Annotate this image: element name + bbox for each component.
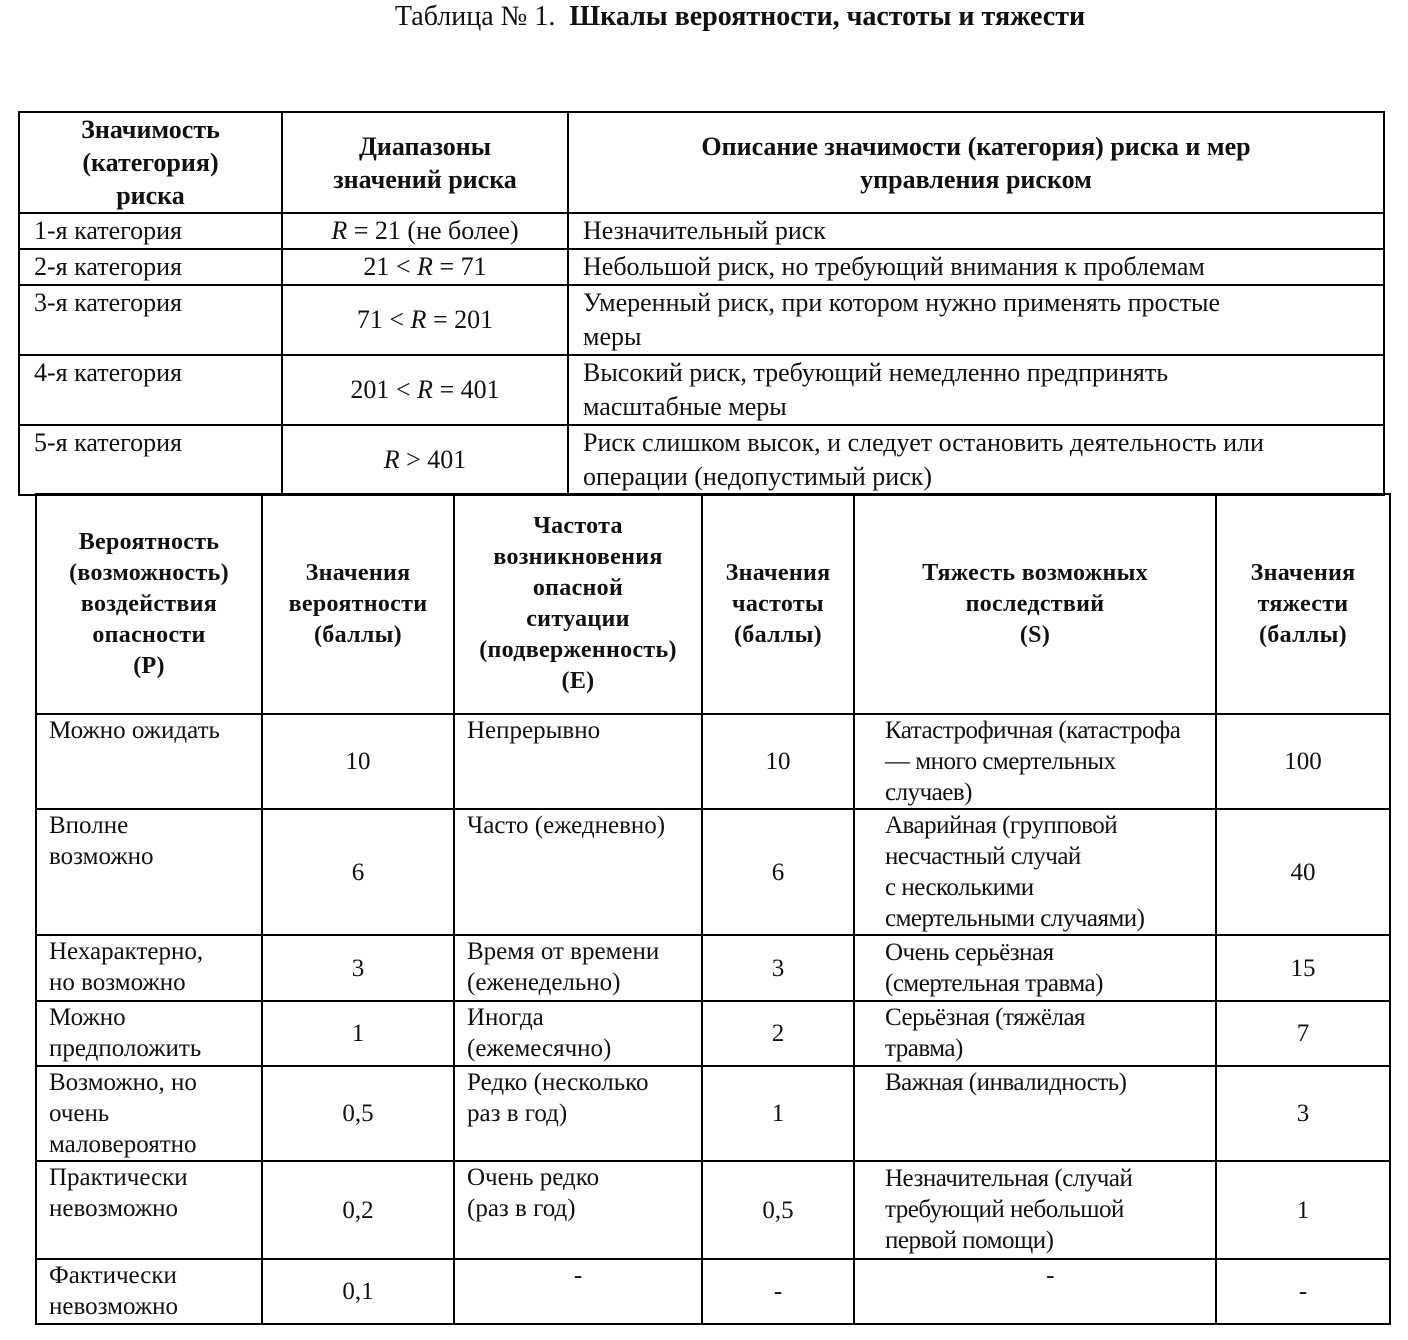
frequency-cell: - xyxy=(454,1259,702,1324)
header-probability: Вероятность (возможность) воздействия оп… xyxy=(36,494,262,714)
range-prefix: 201 < xyxy=(350,375,417,404)
description-cell: Высокий риск, требующий немедленно предп… xyxy=(568,355,1384,425)
header-description: Описание значимости (категория) риска и … xyxy=(568,112,1384,213)
category-cell: 4-я категория xyxy=(19,355,282,425)
category-cell: 3-я категория xyxy=(19,285,282,355)
frequency-value-cell: 10 xyxy=(702,714,854,809)
table-row: Возможно, но очень маловероятно0,5Редко … xyxy=(36,1066,1390,1161)
probability-value-cell: 1 xyxy=(262,1001,454,1066)
severity-cell: Незначительная (случай требующий небольш… xyxy=(854,1161,1216,1259)
probability-cell: Нехарактерно, но возможно xyxy=(36,935,262,1001)
probability-value-cell: 0,1 xyxy=(262,1259,454,1324)
severity-value-cell: 7 xyxy=(1216,1001,1390,1066)
table-row: Вполне возможно6Часто (ежедневно)6Аварий… xyxy=(36,809,1390,935)
caption-number: Таблица № 1. xyxy=(395,1,555,32)
header-frequency-value: Значения частоты (баллы) xyxy=(702,494,854,714)
header-severity-value: Значения тяжести (баллы) xyxy=(1216,494,1390,714)
frequency-value-cell: 1 xyxy=(702,1066,854,1161)
description-cell: Незначительный риск xyxy=(568,213,1384,249)
probability-value-cell: 0,5 xyxy=(262,1066,454,1161)
severity-value-cell: 3 xyxy=(1216,1066,1390,1161)
range-suffix: = 21 (не более) xyxy=(347,216,518,245)
range-variable: R xyxy=(411,305,427,334)
range-prefix: 21 < xyxy=(363,252,417,281)
range-variable: R xyxy=(331,216,347,245)
probability-cell: Можно предположить xyxy=(36,1001,262,1066)
severity-value-cell: 100 xyxy=(1216,714,1390,809)
range-variable: R xyxy=(417,252,433,281)
range-suffix: = 71 xyxy=(433,252,487,281)
probability-value-cell: 0,2 xyxy=(262,1161,454,1259)
severity-value-cell: 15 xyxy=(1216,935,1390,1001)
risk-category-table: Значимость (категория) риска Диапазоны з… xyxy=(18,111,1385,496)
table-header-row: Значимость (категория) риска Диапазоны з… xyxy=(19,112,1384,213)
probability-cell: Возможно, но очень маловероятно xyxy=(36,1066,262,1161)
frequency-cell: Очень редко (раз в год) xyxy=(454,1161,702,1259)
frequency-cell: Иногда (ежемесячно) xyxy=(454,1001,702,1066)
category-cell: 1-я категория xyxy=(19,213,282,249)
table-row: Практически невозможно0,2Очень редко (ра… xyxy=(36,1161,1390,1259)
header-range: Диапазоны значений риска xyxy=(282,112,568,213)
severity-cell: Серьёзная (тяжёлая травма) xyxy=(854,1001,1216,1066)
range-cell: 201 < R = 401 xyxy=(282,355,568,425)
description-cell: Риск слишком высок, и следует остановить… xyxy=(568,425,1384,495)
frequency-cell: Время от времени (еженедельно) xyxy=(454,935,702,1001)
severity-value-cell: 1 xyxy=(1216,1161,1390,1259)
range-suffix: = 201 xyxy=(426,305,493,334)
severity-value-cell: - xyxy=(1216,1259,1390,1324)
frequency-value-cell: 0,5 xyxy=(702,1161,854,1259)
header-severity: Тяжесть возможных последствий (S) xyxy=(854,494,1216,714)
severity-cell: Очень серьёзная (смертельная травма) xyxy=(854,935,1216,1001)
table-row: 1-я категорияR = 21 (не более)Незначител… xyxy=(19,213,1384,249)
range-suffix: = 401 xyxy=(433,375,500,404)
description-cell: Небольшой риск, но требующий внимания к … xyxy=(568,249,1384,285)
table-row: 2-я категория21 < R = 71Небольшой риск, … xyxy=(19,249,1384,285)
category-cell: 2-я категория xyxy=(19,249,282,285)
range-prefix: 71 < xyxy=(357,305,411,334)
severity-value-cell: 40 xyxy=(1216,809,1390,935)
frequency-value-cell: 6 xyxy=(702,809,854,935)
severity-cell: Важная (инвалидность) xyxy=(854,1066,1216,1161)
category-cell: 5-я категория xyxy=(19,425,282,495)
scales-table: Вероятность (возможность) воздействия оп… xyxy=(35,493,1391,1325)
frequency-value-cell: 3 xyxy=(702,935,854,1001)
probability-cell: Вполне возможно xyxy=(36,809,262,935)
frequency-cell: Непрерывно xyxy=(454,714,702,809)
probability-cell: Практически невозможно xyxy=(36,1161,262,1259)
probability-cell: Фактически невозможно xyxy=(36,1259,262,1324)
table-row: 3-я категория71 < R = 201Умеренный риск,… xyxy=(19,285,1384,355)
table-header-row: Вероятность (возможность) воздействия оп… xyxy=(36,494,1390,714)
table-row: 4-я категория201 < R = 401Высокий риск, … xyxy=(19,355,1384,425)
frequency-value-cell: 2 xyxy=(702,1001,854,1066)
description-cell: Умеренный риск, при котором нужно примен… xyxy=(568,285,1384,355)
probability-cell: Можно ожидать xyxy=(36,714,262,809)
table-row: 5-я категорияR > 401Риск слишком высок, … xyxy=(19,425,1384,495)
caption-title: Шкалы вероятности, частоты и тяжести xyxy=(569,1,1085,32)
header-frequency: Частота возникновения опасной ситуации (… xyxy=(454,494,702,714)
header-probability-value: Значения вероятности (баллы) xyxy=(262,494,454,714)
table-row: Можно предположить1Иногда (ежемесячно)2С… xyxy=(36,1001,1390,1066)
frequency-value-cell: - xyxy=(702,1259,854,1324)
probability-value-cell: 6 xyxy=(262,809,454,935)
range-variable: R xyxy=(417,375,433,404)
severity-cell: Аварийная (групповой несчастный случай с… xyxy=(854,809,1216,935)
severity-cell: - xyxy=(854,1259,1216,1324)
table-row: Можно ожидать10Непрерывно10Катастрофична… xyxy=(36,714,1390,809)
header-category: Значимость (категория) риска xyxy=(19,112,282,213)
frequency-cell: Редко (несколько раз в год) xyxy=(454,1066,702,1161)
table-caption: Таблица № 1. Шкалы вероятности, частоты … xyxy=(0,0,1408,34)
range-cell: 71 < R = 201 xyxy=(282,285,568,355)
severity-cell: Катастрофичная (катастрофа — много смерт… xyxy=(854,714,1216,809)
frequency-cell: Часто (ежедневно) xyxy=(454,809,702,935)
probability-value-cell: 10 xyxy=(262,714,454,809)
table-row: Нехарактерно, но возможно3Время от време… xyxy=(36,935,1390,1001)
probability-value-cell: 3 xyxy=(262,935,454,1001)
range-variable: R xyxy=(384,445,400,474)
range-suffix: > 401 xyxy=(400,445,467,474)
table-row: Фактически невозможно0,1---- xyxy=(36,1259,1390,1324)
range-cell: R > 401 xyxy=(282,425,568,495)
range-cell: R = 21 (не более) xyxy=(282,213,568,249)
range-cell: 21 < R = 71 xyxy=(282,249,568,285)
